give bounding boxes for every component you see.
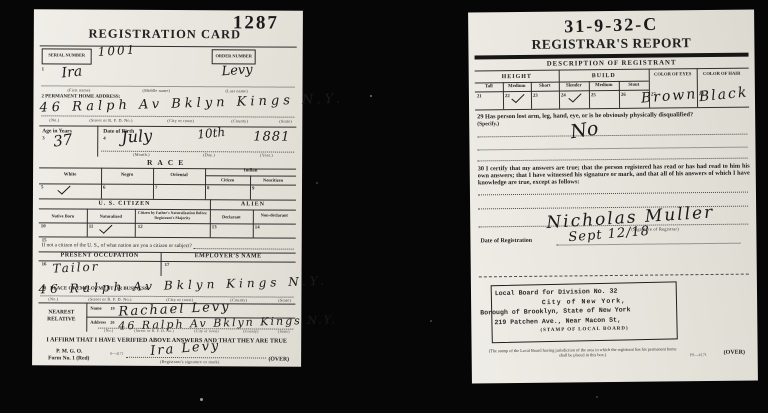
right-print-code: PS—4171 xyxy=(690,352,707,357)
father-naturalization-label: Citizen by Father's Naturalization Befor… xyxy=(137,211,208,221)
date-of-registration-label: Date of Registration xyxy=(480,238,532,245)
place-street-label: (Street or R. F. D. No.) xyxy=(88,297,131,302)
naturalized-label: Naturalized xyxy=(87,214,135,219)
stamp-of-local-board-label: (STAMP OF LOCAL BOARD) xyxy=(493,325,677,334)
card-number-stamp: 1287 xyxy=(233,12,279,34)
place-no-label: (No.) xyxy=(48,296,58,301)
address-no-label: (No.) xyxy=(49,117,59,122)
non-declarant-number: 14 xyxy=(255,225,260,230)
stamp-box-note: (The stamp of the Local Board having jur… xyxy=(488,346,678,358)
registration-card: REGISTRATION CARD 1287 SERIAL NUMBER 100… xyxy=(32,9,303,366)
build-stout-label: Stout xyxy=(619,83,649,88)
q3-number: 3 xyxy=(42,136,44,141)
description-section-header: DESCRIPTION OF REGISTRANT xyxy=(475,59,749,69)
q20-number: 20 xyxy=(110,320,114,325)
rule xyxy=(475,107,749,111)
serial-number-value: 1001 xyxy=(97,43,136,59)
q1-number: 1 xyxy=(42,67,44,72)
rule xyxy=(39,125,296,127)
address-city-label: (City or town) xyxy=(167,118,194,123)
declarant-label: Declarant xyxy=(210,214,253,219)
eyes-color-value: Brown xyxy=(640,86,698,106)
height-tall-label: Tall xyxy=(475,84,503,89)
first-name-value: Ira xyxy=(61,64,83,82)
build-header: BUILD xyxy=(559,73,649,80)
last-name-value: Levy xyxy=(221,62,253,79)
film-grain-dot xyxy=(370,95,372,97)
left-print-code: 8—4171 xyxy=(110,352,123,356)
registrars-report-title: REGISTRAR'S REPORT xyxy=(474,35,748,54)
race-section-title: RACE xyxy=(39,157,296,167)
relative-county-label: (County) xyxy=(243,329,258,333)
alien-header: ALIEN xyxy=(210,201,296,207)
dob-month-label: (Month.) xyxy=(133,152,150,157)
age-value: 37 xyxy=(52,130,73,150)
occupation-value: Tailor xyxy=(52,259,99,275)
q2-number: 2 xyxy=(41,94,43,99)
native-born-label: Native Born xyxy=(39,213,87,218)
left-over-label: (OVER) xyxy=(268,357,289,363)
dob-day-value: 10th xyxy=(197,125,226,142)
q16-number: 16 xyxy=(42,262,47,267)
registrant-signature-label: (Registrant's signature or mark) xyxy=(160,359,219,364)
build-medium-label: Medium xyxy=(589,83,619,88)
race-indian-noncitizen-label: Noncitizen xyxy=(250,177,296,182)
address-state-label: (State) xyxy=(279,119,292,124)
right-over-label: (OVER) xyxy=(724,350,745,356)
form-org-label: P. M. G. O. xyxy=(56,348,82,354)
q30-block: 30 I certify that my answers are true; t… xyxy=(478,163,750,187)
race-indian-noncitizen-number: 9 xyxy=(252,186,254,191)
dob-year-label: (Year.) xyxy=(260,152,273,157)
height-short-label: Short xyxy=(531,84,559,89)
last-name-label: (Last name) xyxy=(225,88,247,93)
nearest-relative-label: NEAREST RELATIVE xyxy=(38,309,84,323)
color-of-hair-header: COLOR OF HAIR xyxy=(699,71,745,77)
present-occupation-header: PRESENT OCCUPATION xyxy=(39,252,161,259)
divider xyxy=(97,126,98,157)
rule xyxy=(39,222,296,224)
height-medium-checkmark-icon xyxy=(511,91,524,103)
race-negro-number: 6 xyxy=(103,186,105,191)
native-born-number: 10 xyxy=(41,224,46,229)
relative-state-label: (State) xyxy=(278,330,290,334)
place-state-label: (State) xyxy=(278,298,291,303)
place-county-label: (County) xyxy=(230,297,247,302)
q19-number: 19 xyxy=(110,306,114,311)
naturalized-number: 11 xyxy=(89,225,94,230)
local-board-stamp-box: Local Board for Division No. 32 City of … xyxy=(491,281,678,343)
height-medium-number: 22 xyxy=(505,94,510,99)
relative-city-label: (City or town) xyxy=(194,329,219,333)
relative-no-label: (No.) xyxy=(104,329,113,333)
build-stout-number: 26 xyxy=(621,93,626,98)
form-id-label: Form No. 1 (Red) xyxy=(48,355,89,361)
dob-day-label: (Day.) xyxy=(203,152,215,157)
race-oriental-label: Oriental xyxy=(153,173,205,178)
serial-number-box: SERIAL NUMBER xyxy=(42,48,92,64)
middle-name-label: (Middle name) xyxy=(142,88,170,93)
color-of-eyes-header: COLOR OF EYES xyxy=(651,71,695,77)
race-white-label: White xyxy=(39,172,101,177)
q30-number: 30 xyxy=(478,165,484,172)
race-indian-label: Indian xyxy=(205,168,296,173)
race-oriental-number: 7 xyxy=(155,186,157,191)
employers-name-header: EMPLOYER'S NAME xyxy=(161,253,296,260)
divider xyxy=(161,252,162,276)
rule xyxy=(39,183,296,185)
registrars-report-card: 31-9-32-C REGISTRAR'S REPORT DESCRIPTION… xyxy=(468,10,758,384)
height-header: HEIGHT xyxy=(475,74,559,81)
q17-number: 17 xyxy=(165,263,170,268)
q30-blank-line xyxy=(478,192,748,196)
dob-year-value: 1881 xyxy=(253,129,290,144)
us-citizen-header: U. S. CITIZEN xyxy=(39,200,210,207)
stamp-area-line xyxy=(479,274,749,278)
relative-name-label: Name xyxy=(90,306,101,311)
relative-address-label: Address xyxy=(90,320,106,325)
build-slender-number: 24 xyxy=(561,93,566,98)
film-grain-dot xyxy=(596,396,598,398)
build-medium-number: 25 xyxy=(591,93,596,98)
rule xyxy=(40,45,297,47)
non-declarant-label: Non-declarant xyxy=(253,212,296,217)
hair-color-value: Black xyxy=(698,84,749,105)
q29-specify-label: (Specify.) xyxy=(477,121,499,127)
height-tall-number: 21 xyxy=(477,94,482,99)
q4-number: 4 xyxy=(103,137,105,142)
q29-answer-value: No xyxy=(569,117,600,143)
film-grain-dot xyxy=(430,320,432,322)
q29-answer-line xyxy=(477,134,747,138)
scan-background: REGISTRATION CARD 1287 SERIAL NUMBER 100… xyxy=(0,0,768,413)
race-indian-citizen-number: 8 xyxy=(207,186,209,191)
thick-rule xyxy=(475,53,749,59)
registration-card-title: REGISTRATION CARD xyxy=(80,27,250,43)
race-white-number: 5 xyxy=(41,185,43,190)
q30-text: I certify that my answers are true; that… xyxy=(478,163,750,187)
race-negro-label: Negro xyxy=(101,173,153,178)
film-grain-dot xyxy=(316,182,318,184)
declarant-number: 13 xyxy=(212,225,217,230)
build-slender-checkmark-icon xyxy=(568,90,581,102)
height-short-number: 23 xyxy=(533,94,538,99)
height-medium-label: Medium xyxy=(503,84,531,89)
q15-blank-line xyxy=(194,248,294,250)
q15-text: If not a citizen of the U. S., of what n… xyxy=(42,242,192,249)
race-indian-citizen-label: Citizen xyxy=(205,177,250,182)
rule xyxy=(39,236,296,238)
address-street-label: (Street or R. F. D. No.) xyxy=(89,118,132,123)
build-slender-label: Slender xyxy=(559,83,589,88)
q15-row: If not a citizen of the U. S., of what n… xyxy=(42,242,294,249)
first-name-label: (First name) xyxy=(67,87,90,92)
relative-street-label: (Street or R. F. D. No.) xyxy=(134,329,174,333)
dob-month-value: July xyxy=(121,126,153,147)
q29-blank-line xyxy=(478,158,748,162)
q29-number: 29 xyxy=(477,113,483,120)
film-grain-dot xyxy=(200,398,203,401)
father-naturalization-number: 12 xyxy=(138,225,143,230)
q29-block: 29 Has person lost arm, leg, hand, eye, … xyxy=(477,111,749,121)
q29-blank-line xyxy=(477,147,747,151)
address-county-label: (County) xyxy=(231,118,248,123)
